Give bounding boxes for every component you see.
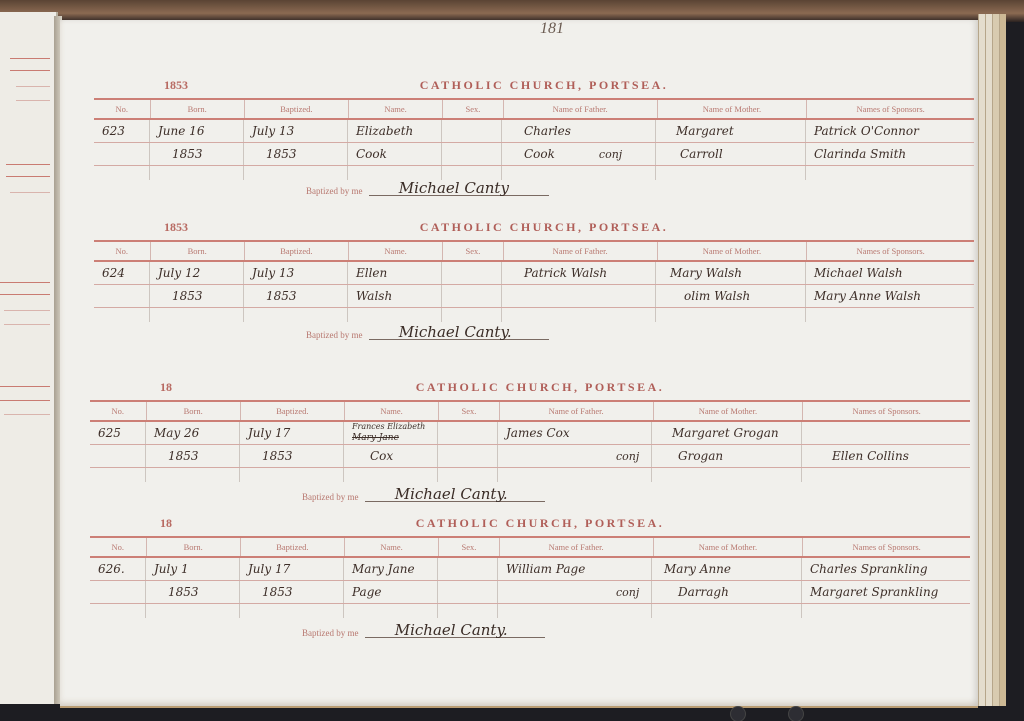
book-binding-top [0,0,1024,22]
mother-name: Margaret [656,120,806,142]
father-name: Charles [502,120,656,142]
page-edge [999,14,1006,706]
child-surname: Walsh [348,285,442,307]
table-header: No. Born. Baptized. Name. Sex. Name of F… [94,100,974,120]
child-name-cell: Frances Elizabeth Mary Jane [344,422,438,444]
col-name: Name. [349,242,443,260]
sponsor-name: Mary Anne Walsh [806,285,974,307]
born-year: 1853 [150,285,244,307]
father-name: Patrick Walsh [502,262,656,284]
entry-table: No. Born. Baptized. Name. Sex. Name of F… [94,98,974,180]
col-father: Name of Father. [504,242,658,260]
empty-cell [442,285,502,307]
table-row: 623 June 16 July 13 Elizabeth Charles Ma… [94,120,974,143]
father-name: William Page [498,558,652,580]
born-date: July 12 [150,262,244,284]
father-surname-cell: conj [498,445,652,467]
father-surname: Cook [524,147,555,161]
col-name: Name. [349,100,443,118]
baptized-year: 1853 [240,445,344,467]
col-baptized: Baptized. [245,100,349,118]
baptized-date: July 13 [244,262,348,284]
screw [730,706,746,721]
col-name: Name. [345,538,439,556]
col-father: Name of Father. [504,100,658,118]
child-surname: Page [344,581,438,603]
table-row-blank [90,604,970,618]
baptized-by-label: Baptized by me [306,186,362,196]
baptized-by: Baptized by me Michael Canty. [306,330,549,340]
born-date: June 16 [150,120,244,142]
table-row-blank [90,468,970,482]
screw [788,706,804,721]
sponsor-name: Patrick O'Connor [806,120,974,142]
sponsor-name: Margaret Sprankling [802,581,970,603]
conj-mark: conj [616,450,639,463]
col-father: Name of Father. [500,402,654,420]
col-name: Name. [345,402,439,420]
priest-signature: Michael Canty [399,179,509,197]
col-sex: Sex. [439,538,500,556]
mother-name: Mary Walsh [656,262,806,284]
entry-table: No. Born. Baptized. Name. Sex. Name of F… [90,536,970,618]
father-name: James Cox [498,422,652,444]
mother-surname: Carroll [656,143,806,165]
sex [438,422,498,444]
empty-cell [438,581,498,603]
empty-cell [442,143,502,165]
col-no: No. [90,402,147,420]
col-sponsors: Names of Sponsors. [803,538,970,556]
baptized-by-label: Baptized by me [302,492,358,502]
empty-cell [438,445,498,467]
col-sponsors: Names of Sponsors. [803,402,970,420]
signature-line: Michael Canty [369,195,549,196]
sponsor-name [802,422,970,444]
entry-year: 18 [160,516,172,531]
baptized-date: July 17 [240,422,344,444]
entry-number: 624 [94,262,150,284]
sponsor-name: Michael Walsh [806,262,974,284]
entry-table: No. Born. Baptized. Name. Sex. Name of F… [90,400,970,482]
born-year: 1853 [150,143,244,165]
empty-cell [90,581,146,603]
corrected-name: Frances Elizabeth [352,422,437,431]
sex [442,262,502,284]
mother-name: Margaret Grogan [652,422,802,444]
col-father: Name of Father. [500,538,654,556]
col-sex: Sex. [439,402,500,420]
born-date: May 26 [146,422,240,444]
priest-signature: Michael Canty. [399,323,512,341]
sex [442,120,502,142]
priest-signature: Michael Canty. [395,621,508,639]
sponsor-name: Charles Sprankling [802,558,970,580]
empty-cell [94,143,150,165]
register-page: 181 1853 CATHOLIC CHURCH, PORTSEA. No. B… [60,20,978,708]
col-born: Born. [147,402,241,420]
father-surname-cell: conj [498,581,652,603]
father-surname [502,285,656,307]
priest-signature: Michael Canty. [395,485,508,503]
sponsor-name: Clarinda Smith [806,143,974,165]
entry-number: 625 [90,422,146,444]
table-row: 1853 1853 Walsh olim Walsh Mary Anne Wal… [94,285,974,308]
col-born: Born. [151,242,245,260]
left-page [0,12,58,704]
born-year: 1853 [146,581,240,603]
baptized-year: 1853 [244,285,348,307]
col-no: No. [94,100,151,118]
sex [438,558,498,580]
child-name: Mary Jane [344,558,438,580]
table-row: 1853 1853 Page conj Darragh Margaret Spr… [90,581,970,604]
col-no: No. [94,242,151,260]
entry-year: 18 [160,380,172,395]
father-surname-cell: Cookconj [502,143,656,165]
church-heading: CATHOLIC CHURCH, PORTSEA. [394,220,694,235]
signature-line: Michael Canty. [365,501,545,502]
col-sex: Sex. [443,242,504,260]
mother-name: Mary Anne [652,558,802,580]
table-header: No. Born. Baptized. Name. Sex. Name of F… [94,242,974,262]
conj-mark: conj [616,586,639,599]
table-header: No. Born. Baptized. Name. Sex. Name of F… [90,538,970,558]
born-date: July 1 [146,558,240,580]
entry-table: No. Born. Baptized. Name. Sex. Name of F… [94,240,974,322]
col-mother: Name of Mother. [654,538,804,556]
entry-year: 1853 [164,220,188,235]
col-mother: Name of Mother. [658,242,808,260]
entry-number: 626. [90,558,146,580]
baptized-by: Baptized by me Michael Canty [306,186,549,196]
table-row: 1853 1853 Cox conj Grogan Ellen Collins [90,445,970,468]
table-row-blank [94,308,974,322]
church-heading: CATHOLIC CHURCH, PORTSEA. [394,78,694,93]
col-baptized: Baptized. [241,402,345,420]
table-row-blank [94,166,974,180]
table-header: No. Born. Baptized. Name. Sex. Name of F… [90,402,970,422]
table-row: 624 July 12 July 13 Ellen Patrick Walsh … [94,262,974,285]
baptized-by-label: Baptized by me [302,628,358,638]
baptized-date: July 17 [240,558,344,580]
table-row: 625 May 26 July 17 Frances Elizabeth Mar… [90,422,970,445]
child-surname: Cook [348,143,442,165]
empty-cell [90,445,146,467]
col-born: Born. [147,538,241,556]
col-baptized: Baptized. [245,242,349,260]
col-sponsors: Names of Sponsors. [807,242,974,260]
col-sex: Sex. [443,100,504,118]
signature-line: Michael Canty. [365,637,545,638]
mother-maiden-name: olim Walsh [656,285,806,307]
church-heading: CATHOLIC CHURCH, PORTSEA. [390,516,690,531]
church-heading: CATHOLIC CHURCH, PORTSEA. [390,380,690,395]
conj-mark: conj [599,148,622,161]
baptized-date: July 13 [244,120,348,142]
signature-line: Michael Canty. [369,339,549,340]
col-mother: Name of Mother. [654,402,804,420]
born-year: 1853 [146,445,240,467]
col-born: Born. [151,100,245,118]
mother-surname: Grogan [652,445,802,467]
entry-year: 1853 [164,78,188,93]
sponsor-name: Ellen Collins [802,445,970,467]
child-name: Elizabeth [348,120,442,142]
struck-name: Mary Jane [352,433,399,443]
child-name: Ellen [348,262,442,284]
baptized-by: Baptized by me Michael Canty. [302,492,545,502]
col-no: No. [90,538,147,556]
entry-number: 623 [94,120,150,142]
mother-surname: Darragh [652,581,802,603]
table-row: 626. July 1 July 17 Mary Jane William Pa… [90,558,970,581]
empty-cell [94,285,150,307]
col-baptized: Baptized. [241,538,345,556]
child-surname: Cox [344,445,438,467]
col-mother: Name of Mother. [658,100,808,118]
baptized-year: 1853 [244,143,348,165]
page-number: 181 [540,20,564,38]
table-row: 1853 1853 Cook Cookconj Carroll Clarinda… [94,143,974,166]
baptized-year: 1853 [240,581,344,603]
baptized-by-label: Baptized by me [306,330,362,340]
baptized-by: Baptized by me Michael Canty. [302,628,545,638]
col-sponsors: Names of Sponsors. [807,100,974,118]
